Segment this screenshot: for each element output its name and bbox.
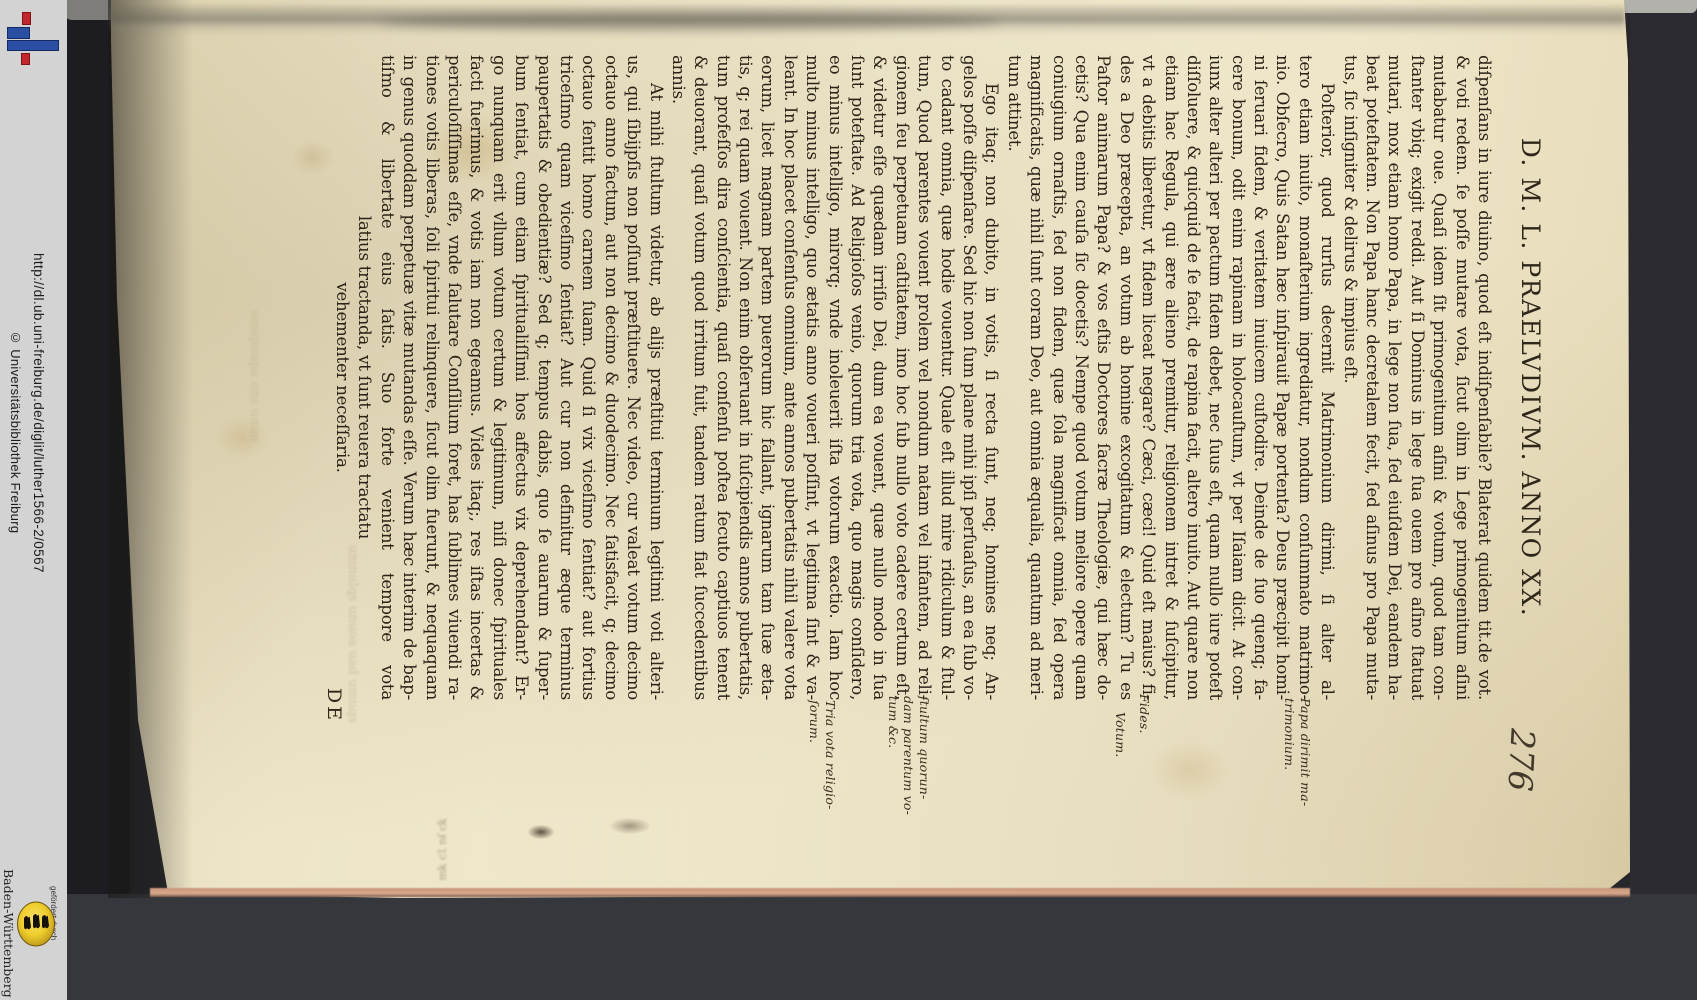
text-line: mutabatur oue. Quaſi idem ſit primogenit… [1428, 55, 1450, 700]
margin-note-line: ſtultum quorun- [917, 696, 933, 815]
text-line: Paſtor animarum Papa? & vos eſtis Doctor… [1092, 55, 1114, 700]
text-line: & deuorant, quaſi votum quod irritum fui… [689, 55, 711, 700]
paragraph: At mihi ſtultum videtur, ab alijs præſti… [331, 55, 667, 700]
text-line: tus, ſic inſigniter & delirus & impius e… [1338, 55, 1360, 700]
text-line: vt a debitis liberetur, vt fidem liceat … [1137, 55, 1159, 700]
page-content-rotated-90cw: D. M. L. PRAELVDIVM. ANNO XX. 276 diſpen… [110, 0, 1625, 895]
text-line: facti fuerimus, & votis iam non egeamus.… [465, 55, 487, 700]
text-line: tum profeſſos dira conſcientia, quaſi co… [711, 55, 733, 700]
text-line: octauo anno factum, aut non decimo & duo… [599, 55, 621, 700]
margin-note-line: trimonium. [1282, 698, 1298, 806]
margin-note: ſtultum quorun-dam parentum vo-tum &c. [886, 696, 933, 815]
text-line: bum ſentiat, cum etiam ſpiritualiſſimi h… [510, 55, 532, 700]
text-line: etiam hac Regula, qui ære alieno premitu… [1159, 55, 1181, 700]
margin-note: Papa dirimit ma-trimonium. [1282, 698, 1313, 806]
text-line: leant. In hoc placet conſenſus omnium, a… [779, 55, 801, 700]
ub-freiburg-logo-icon [0, 0, 67, 80]
paragraph: diſpenſans in iure diuino, quod eſt indi… [1338, 55, 1495, 700]
text-block: diſpenſans in iure diuino, quod eſt indi… [331, 55, 1495, 700]
margin-note: Votum. [1113, 712, 1129, 758]
text-line: beat poteſtatem. Non Papa hanc decretale… [1361, 55, 1383, 700]
funding-region-label: Baden-Württemberg [1, 869, 16, 998]
text-line: nio. Obſecro, Quis Satan hæc inſpirauit … [1271, 55, 1293, 700]
text-line: gelos poſſe diſpenſare. Sed hic non ſum … [958, 55, 980, 700]
margin-note-line: dam parentum vo- [901, 696, 917, 815]
text-line: At mihi ſtultum videtur, ab alijs præſti… [644, 55, 666, 700]
margin-note-line: ſorum. [807, 700, 823, 810]
text-line: paupertatis & obedientiæ? Sed q; tempus … [532, 55, 554, 700]
text-line: ni ſeruari fidem, & veritatem inuicem cu… [1249, 55, 1271, 700]
folio-number: 276 [1498, 689, 1544, 831]
margin-note-line: Tria vota religio- [823, 700, 839, 810]
margin-note: Fides. [1137, 694, 1153, 734]
text-line: in genus quoddam perpetuæ vitæ mutandas … [398, 55, 420, 700]
text-line: tero etiam inuito, monaſterium ingrediat… [1293, 55, 1315, 700]
text-line: latius tractanda, vt ſunt reuera tractat… [353, 55, 375, 700]
text-line: diſpenſans in iure diuino, quod eſt indi… [1473, 55, 1495, 700]
margin-note-line: tum &c. [886, 696, 902, 815]
text-line: ſunt poteſtate. Ad Religioſos venio, quo… [846, 55, 868, 700]
text-line: iunx alter alteri per pactum fidem debet… [1204, 55, 1226, 700]
text-line: eorum, licet magnam partem puerorum hic … [756, 55, 778, 700]
text-line: coniugium ornaſtis, ſed non fidem, quæ ſ… [1047, 55, 1069, 700]
page-fore-edge-tint [150, 888, 1630, 897]
page-corner-edge [64, 0, 114, 20]
margin-note-line: Fides. [1137, 694, 1153, 734]
digitization-sidebar: http://dl.ub.uni-freiburg.de/diglit/luth… [0, 0, 67, 1000]
text-line: tum attinet. [1002, 55, 1024, 700]
baden-wuerttemberg-coat-of-arms-icon [16, 900, 57, 950]
margin-note-line: Votum. [1113, 712, 1129, 758]
text-line: annis. [667, 55, 689, 700]
background-below-page [60, 894, 1697, 1000]
text-line: tum, Quod parentes vouent prolem vel non… [913, 55, 935, 700]
margin-note-line: Papa dirimit ma- [1298, 698, 1314, 806]
text-line: to cadant omnia, quæ hodie vouentur. Qua… [935, 55, 957, 700]
text-line: des a Deo præcepta, an votum ab homine e… [1114, 55, 1136, 700]
text-line: cere bonum, odit enim rapinam in holocau… [1226, 55, 1248, 700]
text-line: go nunquam erit vllum votum certum & leg… [487, 55, 509, 700]
text-line: diſſoluere, & quicquid de ſe facit, de r… [1182, 55, 1204, 700]
text-line: & videtur eſſe quædam irriſio Dei, dum e… [868, 55, 890, 700]
text-line: mutari, mox etiam homo Papa, in lege non… [1383, 55, 1405, 700]
text-line: magnificatis, quæ nihil ſunt coram Deo, … [1025, 55, 1047, 700]
text-line: tiones votis liberas, ſoli ſpiritui reli… [420, 55, 442, 700]
text-line: cetis? Qua enim cauſa ſic docetis? Nempe… [1070, 55, 1092, 700]
text-line: tiſmo & libertate eius ſatis. Suo forte … [375, 55, 397, 700]
text-line: Poſterior, quod rurſus decernit Matrimon… [1316, 55, 1338, 700]
text-line: & voti redem. ſe poſſe mutare vota, ſicu… [1450, 55, 1472, 700]
text-line: Ego itaq; non dubito, in votis, ſi recta… [980, 55, 1002, 700]
text-line: triceſimo quam viceſimo ſentiat? Aut cur… [555, 55, 577, 700]
text-line: periculoſiſſimas eſſe, vnde ſalutare Con… [443, 55, 465, 700]
copyright-label: © Universitätsbibliothek Freiburg [8, 330, 23, 533]
text-line: tis, q; rei quam vouent. Non enim obſeru… [734, 55, 756, 700]
source-url-label: http://dl.ub.uni-freiburg.de/diglit/luth… [31, 253, 46, 573]
text-line: gionem ſeu perpetuam caſtitatem, imo hoc… [890, 55, 912, 700]
text-line: eo minus intelligo, mirorq; vnde inoleue… [823, 55, 845, 700]
paragraph: Poſterior, quod rurſus decernit Matrimon… [1002, 55, 1338, 700]
paragraph: Ego itaq; non dubito, in votis, ſi recta… [667, 55, 1003, 700]
catchword: DE [323, 55, 345, 723]
text-line: us, qui ſibijpſis non poſſunt præſtituer… [622, 55, 644, 700]
running-head: D. M. L. PRAELVDIVM. ANNO XX. [1505, 50, 1545, 705]
text-line: octauo ſentit homo carnem ſuam. Quid ſi … [577, 55, 599, 700]
margin-note: Tria vota religio-ſorum. [807, 700, 838, 810]
background-right-strip [1630, 0, 1697, 1000]
text-line: multo minus intelligo, quo ætatis anno v… [801, 55, 823, 700]
text-line: ſtanter vbiq; exigit reddi. Aut ſi Domin… [1405, 55, 1427, 700]
